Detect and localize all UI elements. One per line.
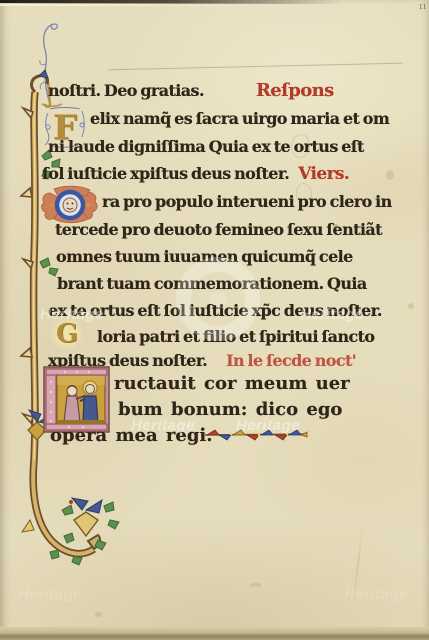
parchment-stain: [250, 583, 262, 587]
watermark-text: Heritage: [131, 417, 195, 434]
historiated-initial-e: [43, 366, 110, 433]
watermark-text: Heritage: [344, 586, 408, 603]
watermark-text: Heritage: [40, 306, 104, 323]
initial-letter: G: [56, 320, 78, 348]
manuscript-line: ructauit cor meum uer: [114, 372, 350, 395]
line-text: tercede pro deuoto femineo ſexu ſentiãt: [55, 220, 382, 239]
line-text: ni laude digniſſima Quia ex te ortus eſt: [48, 137, 364, 156]
watermark-logo-ring: [176, 257, 260, 341]
face-in-initial: [63, 198, 77, 212]
rubric-versus: Viers.: [298, 164, 349, 184]
rubric-respons: Reſpons: [256, 80, 334, 101]
line-text: elix namq̃ es ſacra uirgo maria et om: [90, 109, 389, 128]
watermark-text: Heritage: [300, 306, 364, 323]
parchment-stain: [95, 612, 102, 617]
rubric-nocturn: In le ſecde noct': [226, 351, 356, 370]
parchment-stain: [386, 170, 394, 180]
folio-number: ıı: [419, 2, 427, 12]
watermark-text: Heritage: [18, 586, 82, 603]
parchment-stain: [333, 224, 338, 229]
manuscript-line: ni laude digniſſima Quia ex te ortus eſt: [48, 136, 364, 157]
ruling-line: [108, 63, 403, 71]
manuscript-line: ra pro populo interueni pro clero in: [102, 191, 392, 212]
line-text: ructauit cor meum uer: [114, 373, 350, 394]
manuscript-line: ſol iuſticie xpiſtus deus noſter.Viers.: [42, 163, 349, 185]
page-top-edge-highlight: [0, 3, 429, 6]
manuscript-line: elix namq̃ es ſacra uirgo maria et om: [90, 108, 389, 129]
line-text: noſtri. Deo gratias.: [48, 81, 204, 100]
manuscript-page: ıı: [0, 0, 429, 640]
manuscript-line: noſtri. Deo gratias.Reſpons: [48, 80, 334, 101]
gold-initial-g: G: [50, 319, 84, 349]
parchment-stain: [408, 303, 414, 309]
page-bottom-edge: [0, 627, 429, 640]
watermark-text: Heritage: [236, 417, 300, 434]
line-text: ſol iuſticie xpiſtus deus noſter.: [42, 164, 289, 183]
manuscript-line: tercede pro deuoto femineo ſexu ſentiãt: [55, 219, 382, 240]
line-text: ra pro populo interueni pro clero in: [102, 192, 392, 211]
